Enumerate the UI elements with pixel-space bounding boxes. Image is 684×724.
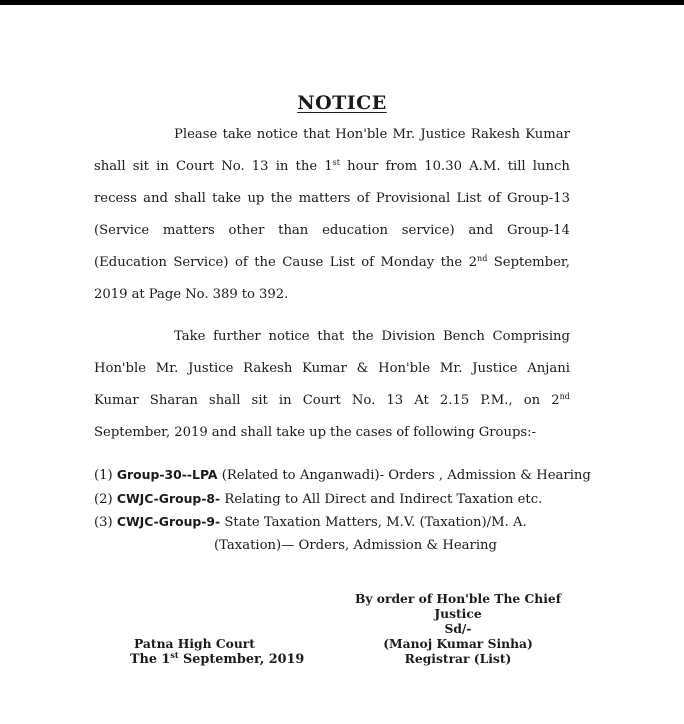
word: 13 — [252, 151, 269, 183]
group-list: (1) Group-30--LPA (Related to Anganwadi)… — [94, 463, 594, 557]
word: and — [468, 215, 493, 247]
word: 2.15 — [440, 385, 469, 417]
word: P.M., — [480, 385, 512, 417]
word: shall — [209, 385, 241, 417]
word: the — [441, 247, 463, 279]
word: Mr. — [393, 119, 416, 151]
word: Bench — [443, 321, 485, 353]
paragraph-line: shallsitinCourtNo.13inthe1sthourfrom10.3… — [94, 151, 570, 183]
word: matters — [299, 183, 351, 215]
word: Sharan — [150, 385, 198, 417]
paragraph-division-bench: TakefurthernoticethattheDivisionBenchCom… — [94, 321, 570, 449]
group-item: (3) CWJC-Group-9- State Taxation Matters… — [94, 510, 594, 534]
word: 2nd — [551, 385, 570, 417]
paragraph-line: PleasetakenoticethatHon'bleMr.JusticeRak… — [94, 119, 570, 151]
word: No. — [221, 151, 244, 183]
word: & — [357, 353, 369, 385]
word: the — [296, 151, 318, 183]
word: and — [212, 417, 237, 449]
group-description: (Related to Anganwadi)- Orders , Admissi… — [222, 468, 591, 483]
group-description-continuation: (Taxation)— Orders, Admission & Hearing — [94, 534, 594, 558]
word: shall — [241, 417, 273, 449]
word: matters — [163, 215, 215, 247]
by-order-line: By order of Hon'ble The Chief Justice — [330, 591, 586, 621]
word: At — [414, 385, 429, 417]
word: Mr. — [156, 353, 179, 385]
paragraph-line: September,2019andshalltakeupthecasesoffo… — [94, 417, 570, 449]
word: Please — [174, 119, 217, 151]
word: than — [278, 215, 308, 247]
signed-mark: Sd/- — [330, 621, 586, 636]
word: 2nd — [469, 247, 488, 279]
paragraph-line: Hon'bleMr.JusticeRakeshKumar&Hon'bleMr.J… — [94, 353, 570, 385]
word: the — [352, 321, 374, 353]
word: 392. — [259, 279, 288, 311]
word: Anjani — [527, 353, 570, 385]
word: Rakesh — [471, 119, 520, 151]
group-description: Relating to All Direct and Indirect Taxa… — [224, 492, 542, 507]
word: of — [361, 247, 374, 279]
word: Division — [381, 321, 435, 353]
group-name: CWJC-Group-9- — [117, 514, 220, 529]
word: on — [524, 385, 540, 417]
group-number: (3) — [94, 515, 113, 530]
word: September, — [94, 417, 170, 449]
word: notice — [268, 321, 309, 353]
word: notice — [257, 119, 298, 151]
date-suffix: September, 2019 — [179, 652, 305, 667]
word: at — [132, 279, 145, 311]
word: September, — [494, 247, 570, 279]
word: 13 — [386, 385, 403, 417]
word: of — [396, 417, 409, 449]
word: Kumar — [525, 119, 570, 151]
group-number: (2) — [94, 492, 113, 507]
word: 2019 — [174, 417, 208, 449]
paragraph-court-13-single-bench: PleasetakenoticethatHon'bleMr.JusticeRak… — [94, 119, 570, 311]
word: Hon'ble — [378, 353, 430, 385]
word: Kumar — [94, 385, 139, 417]
word: that — [303, 119, 330, 151]
word: (Education — [94, 247, 167, 279]
word: recess — [94, 183, 137, 215]
word: 10.30 — [424, 151, 462, 183]
group-description: State Taxation Matters, M.V. (Taxation)/… — [224, 515, 526, 530]
word: Monday — [380, 247, 434, 279]
group-name: CWJC-Group-8- — [117, 491, 220, 506]
word: No. — [352, 385, 375, 417]
word: Groups:- — [479, 417, 536, 449]
word: (Service — [94, 215, 149, 247]
word: Justice — [472, 353, 517, 385]
word: No. — [185, 279, 208, 311]
word: 2019 — [94, 279, 128, 311]
date-ordinal: st — [170, 650, 178, 660]
paragraph-line: (Servicemattersotherthaneducationservice… — [94, 215, 570, 247]
word: List — [457, 183, 482, 215]
word: Justice — [188, 353, 233, 385]
word: shall — [94, 151, 126, 183]
word: to — [242, 279, 255, 311]
word: up — [309, 417, 326, 449]
word: Court — [303, 385, 341, 417]
word: cases — [356, 417, 393, 449]
word: Hon'ble — [94, 353, 146, 385]
word: Hon'ble — [335, 119, 387, 151]
word: of — [235, 247, 248, 279]
word: Cause — [282, 247, 323, 279]
word: Rakesh — [243, 353, 292, 385]
word: up — [247, 183, 264, 215]
group-item: (2) CWJC-Group-8- Relating to All Direct… — [94, 487, 594, 511]
top-border — [0, 0, 684, 5]
word: sit — [252, 385, 268, 417]
issue-date: The 1st September, 2019 — [130, 652, 304, 668]
word: other — [229, 215, 265, 247]
word: in — [276, 151, 289, 183]
paragraph-line: recessandshalltakeupthemattersofProvisio… — [94, 183, 570, 215]
word: of — [488, 183, 501, 215]
paragraph-line: TakefurthernoticethattheDivisionBenchCom… — [94, 321, 570, 353]
word: 389 — [213, 279, 238, 311]
group-name: Group-30--LPA — [117, 467, 218, 482]
word: that — [317, 321, 344, 353]
word: and — [143, 183, 168, 215]
word: Comprising — [493, 321, 570, 353]
word: service) — [402, 215, 455, 247]
word: Provisional — [376, 183, 450, 215]
word: Court — [176, 151, 214, 183]
signature-block: By order of Hon'ble The Chief Justice Sd… — [330, 591, 586, 666]
signatory-name: (Manoj Kumar Sinha) — [330, 636, 586, 651]
word: Kumar — [302, 353, 347, 385]
word: Mr. — [440, 353, 463, 385]
issuing-place: Patna High Court — [134, 636, 255, 651]
word: A.M. — [469, 151, 500, 183]
signatory-designation: Registrar (List) — [330, 651, 586, 666]
word: List — [330, 247, 355, 279]
word: hour — [347, 151, 378, 183]
word: Service) — [173, 247, 228, 279]
paragraph-line: KumarSharanshallsitinCourtNo.13At2.15P.M… — [94, 385, 570, 417]
word: from — [385, 151, 417, 183]
notice-title: NOTICE — [0, 92, 684, 114]
paragraph-line: 2019atPageNo.389to392. — [94, 279, 570, 311]
word: further — [213, 321, 261, 353]
word: of — [357, 183, 370, 215]
word: Page — [149, 279, 181, 311]
word: shall — [174, 183, 206, 215]
word: education — [322, 215, 388, 247]
word: take — [223, 119, 252, 151]
word: till — [508, 151, 526, 183]
word: in — [279, 385, 292, 417]
word: 1st — [324, 151, 340, 183]
word: the — [254, 247, 276, 279]
word: the — [330, 417, 352, 449]
word: Group-13 — [507, 183, 570, 215]
group-item: (1) Group-30--LPA (Related to Anganwadi)… — [94, 463, 594, 487]
word: Take — [174, 321, 205, 353]
word: take — [212, 183, 241, 215]
word: in — [156, 151, 169, 183]
group-number: (1) — [94, 468, 113, 483]
word: Justice — [420, 119, 465, 151]
word: the — [271, 183, 293, 215]
word: following — [413, 417, 475, 449]
word: Group-14 — [507, 215, 570, 247]
word: sit — [133, 151, 149, 183]
paragraph-line: (EducationService)oftheCauseListofMonday… — [94, 247, 570, 279]
word: lunch — [533, 151, 570, 183]
date-prefix: The 1 — [130, 652, 170, 667]
word: take — [276, 417, 305, 449]
